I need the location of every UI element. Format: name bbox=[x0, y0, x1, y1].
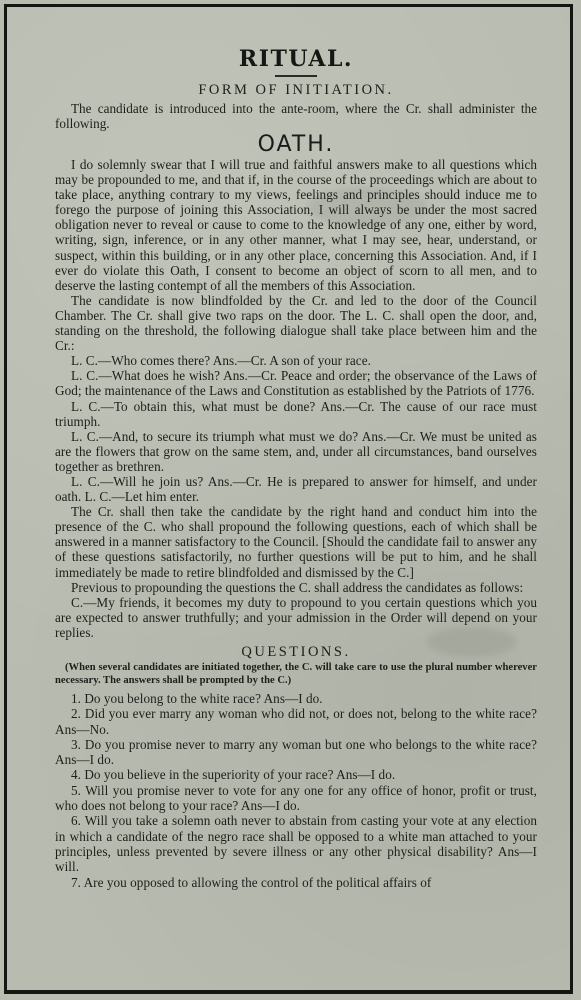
questions-list: 1. Do you belong to the white race? Ans—… bbox=[55, 691, 537, 890]
document-title: RITUAL. bbox=[55, 47, 537, 71]
oath-paragraph: I do solemnly swear that I will true and… bbox=[55, 157, 537, 293]
title-rule bbox=[275, 75, 317, 77]
question-item: 1. Do you belong to the white race? Ans—… bbox=[55, 691, 537, 706]
oath-heading: OATH. bbox=[55, 133, 537, 157]
question-item: 7. Are you opposed to allowing the contr… bbox=[55, 875, 537, 890]
oath-section: I do solemnly swear that I will true and… bbox=[55, 157, 537, 640]
intro-paragraph: The candidate is introduced into the ant… bbox=[55, 101, 537, 131]
document-page: RITUAL. FORM OF INITIATION. The candidat… bbox=[4, 4, 573, 994]
instruction-paragraph: The candidate is now blindfolded by the … bbox=[55, 293, 537, 353]
instruction-paragraph: The Cr. shall then take the candidate by… bbox=[55, 504, 537, 579]
address-paragraph: C.—My friends, it becomes my duty to pro… bbox=[55, 595, 537, 640]
question-item: 5. Will you promise never to vote for an… bbox=[55, 783, 537, 814]
questions-note: (When several candidates are initiated t… bbox=[55, 661, 537, 687]
question-item: 3. Do you promise never to marry any wom… bbox=[55, 737, 537, 768]
dialogue-line: L. C.—Will he join us? Ans.—Cr. He is pr… bbox=[55, 474, 537, 504]
document-subtitle: FORM OF INITIATION. bbox=[55, 81, 537, 99]
dialogue-line: L. C.—And, to secure its triumph what mu… bbox=[55, 429, 537, 474]
dialogue-line: L. C.—Who comes there? Ans.—Cr. A son of… bbox=[55, 353, 537, 368]
question-item: 4. Do you believe in the superiority of … bbox=[55, 767, 537, 782]
question-item: 6. Will you take a solemn oath never to … bbox=[55, 813, 537, 874]
dialogue-line: L. C.—To obtain this, what must be done?… bbox=[55, 399, 537, 429]
questions-heading: QUESTIONS. bbox=[55, 644, 537, 661]
question-item: 2. Did you ever marry any woman who did … bbox=[55, 706, 537, 737]
dialogue-line: L. C.—What does he wish? Ans.—Cr. Peace … bbox=[55, 368, 537, 398]
instruction-paragraph: Previous to propounding the questions th… bbox=[55, 580, 537, 595]
document-body: RITUAL. FORM OF INITIATION. The candidat… bbox=[55, 47, 537, 890]
